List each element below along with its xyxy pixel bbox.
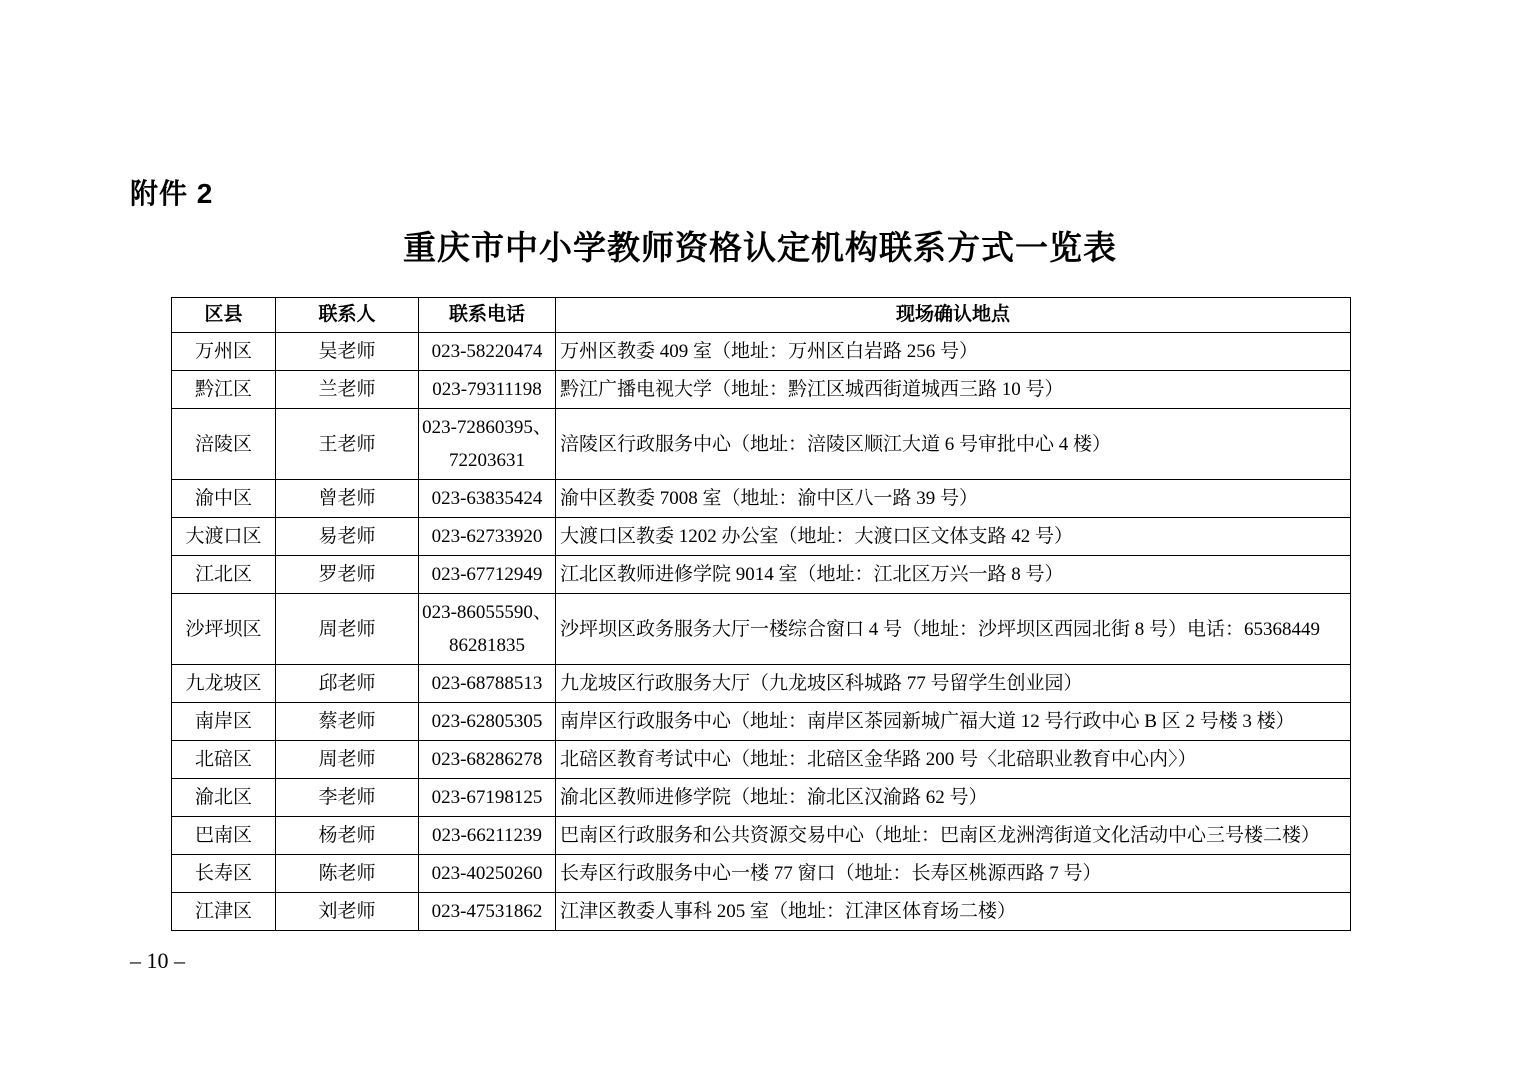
cell-contact: 周老师 (276, 594, 419, 665)
cell-location: 涪陵区行政服务中心（地址：涪陵区顺江大道 6 号审批中心 4 楼） (556, 409, 1351, 480)
cell-phone: 023-79311198 (419, 371, 556, 409)
cell-contact: 罗老师 (276, 556, 419, 594)
cell-contact: 邱老师 (276, 665, 419, 703)
cell-phone: 023-67198125 (419, 779, 556, 817)
table-row: 巴南区 杨老师 023-66211239 巴南区行政服务和公共资源交易中心（地址… (172, 817, 1351, 855)
cell-district: 涪陵区 (172, 409, 276, 480)
document-page: 附件 2 重庆市中小学教师资格认定机构联系方式一览表 区县 联系人 联系电话 现… (0, 0, 1520, 1074)
cell-contact: 蔡老师 (276, 703, 419, 741)
cell-district: 北碚区 (172, 741, 276, 779)
cell-phone: 023-86055590、 86281835 (419, 594, 556, 665)
cell-contact: 李老师 (276, 779, 419, 817)
table-row: 渝北区 李老师 023-67198125 渝北区教师进修学院（地址：渝北区汉渝路… (172, 779, 1351, 817)
cell-location: 江津区教委人事科 205 室（地址：江津区体育场二楼） (556, 893, 1351, 931)
cell-contact: 吴老师 (276, 333, 419, 371)
cell-contact: 王老师 (276, 409, 419, 480)
cell-location: 江北区教师进修学院 9014 室（地址：江北区万兴一路 8 号） (556, 556, 1351, 594)
table-row: 江北区 罗老师 023-67712949 江北区教师进修学院 9014 室（地址… (172, 556, 1351, 594)
cell-district: 长寿区 (172, 855, 276, 893)
cell-location: 巴南区行政服务和公共资源交易中心（地址：巴南区龙洲湾街道文化活动中心三号楼二楼） (556, 817, 1351, 855)
page-number: – 10 – (130, 948, 185, 974)
cell-contact: 杨老师 (276, 817, 419, 855)
cell-location: 北碚区教育考试中心（地址：北碚区金华路 200 号〈北碚职业教育中心内〉） (556, 741, 1351, 779)
table-row: 北碚区 周老师 023-68286278 北碚区教育考试中心（地址：北碚区金华路… (172, 741, 1351, 779)
cell-district: 黔江区 (172, 371, 276, 409)
cell-phone: 023-47531862 (419, 893, 556, 931)
header-phone: 联系电话 (419, 298, 556, 333)
cell-location: 南岸区行政服务中心（地址：南岸区茶园新城广福大道 12 号行政中心 B 区 2 … (556, 703, 1351, 741)
cell-location: 长寿区行政服务中心一楼 77 窗口（地址：长寿区桃源西路 7 号） (556, 855, 1351, 893)
header-district: 区县 (172, 298, 276, 333)
cell-district: 渝中区 (172, 480, 276, 518)
cell-location: 渝北区教师进修学院（地址：渝北区汉渝路 62 号） (556, 779, 1351, 817)
cell-phone: 023-68286278 (419, 741, 556, 779)
cell-district: 万州区 (172, 333, 276, 371)
cell-phone: 023-66211239 (419, 817, 556, 855)
cell-district: 大渡口区 (172, 518, 276, 556)
table-row: 九龙坡区 邱老师 023-68788513 九龙坡区行政服务大厅（九龙坡区科城路… (172, 665, 1351, 703)
cell-contact: 周老师 (276, 741, 419, 779)
cell-phone: 023-62805305 (419, 703, 556, 741)
cell-district: 南岸区 (172, 703, 276, 741)
table-row: 南岸区 蔡老师 023-62805305 南岸区行政服务中心（地址：南岸区茶园新… (172, 703, 1351, 741)
cell-district: 巴南区 (172, 817, 276, 855)
cell-district: 九龙坡区 (172, 665, 276, 703)
cell-location: 万州区教委 409 室（地址：万州区白岩路 256 号） (556, 333, 1351, 371)
header-location: 现场确认地点 (556, 298, 1351, 333)
table-row: 江津区 刘老师 023-47531862 江津区教委人事科 205 室（地址：江… (172, 893, 1351, 931)
cell-location: 渝中区教委 7008 室（地址：渝中区八一路 39 号） (556, 480, 1351, 518)
cell-phone: 023-58220474 (419, 333, 556, 371)
cell-location: 黔江广播电视大学（地址：黔江区城西街道城西三路 10 号） (556, 371, 1351, 409)
cell-phone: 023-62733920 (419, 518, 556, 556)
table-row: 长寿区 陈老师 023-40250260 长寿区行政服务中心一楼 77 窗口（地… (172, 855, 1351, 893)
page-title: 重庆市中小学教师资格认定机构联系方式一览表 (0, 222, 1520, 269)
table-row: 沙坪坝区 周老师 023-86055590、 86281835 沙坪坝区政务服务… (172, 594, 1351, 665)
cell-district: 江津区 (172, 893, 276, 931)
table-row: 黔江区 兰老师 023-79311198 黔江广播电视大学（地址：黔江区城西街道… (172, 371, 1351, 409)
attachment-label: 附件 2 (130, 172, 213, 212)
cell-district: 江北区 (172, 556, 276, 594)
table-header: 区县 联系人 联系电话 现场确认地点 (172, 298, 1351, 333)
cell-contact: 刘老师 (276, 893, 419, 931)
table-row: 渝中区 曾老师 023-63835424 渝中区教委 7008 室（地址：渝中区… (172, 480, 1351, 518)
cell-contact: 兰老师 (276, 371, 419, 409)
cell-location: 沙坪坝区政务服务大厅一楼综合窗口 4 号（地址：沙坪坝区西园北街 8 号）电话：… (556, 594, 1351, 665)
cell-phone: 023-67712949 (419, 556, 556, 594)
cell-phone: 023-40250260 (419, 855, 556, 893)
header-contact: 联系人 (276, 298, 419, 333)
cell-location: 大渡口区教委 1202 办公室（地址：大渡口区文体支路 42 号） (556, 518, 1351, 556)
cell-district: 沙坪坝区 (172, 594, 276, 665)
cell-contact: 陈老师 (276, 855, 419, 893)
cell-location: 九龙坡区行政服务大厅（九龙坡区科城路 77 号留学生创业园） (556, 665, 1351, 703)
cell-contact: 易老师 (276, 518, 419, 556)
table-row: 大渡口区 易老师 023-62733920 大渡口区教委 1202 办公室（地址… (172, 518, 1351, 556)
cell-phone: 023-68788513 (419, 665, 556, 703)
cell-district: 渝北区 (172, 779, 276, 817)
cell-phone: 023-72860395、 72203631 (419, 409, 556, 480)
table-body: 万州区 吴老师 023-58220474 万州区教委 409 室（地址：万州区白… (172, 333, 1351, 931)
cell-contact: 曾老师 (276, 480, 419, 518)
table-row: 万州区 吴老师 023-58220474 万州区教委 409 室（地址：万州区白… (172, 333, 1351, 371)
cell-phone: 023-63835424 (419, 480, 556, 518)
header-row: 区县 联系人 联系电话 现场确认地点 (172, 298, 1351, 333)
contact-table: 区县 联系人 联系电话 现场确认地点 万州区 吴老师 023-58220474 … (171, 297, 1351, 931)
table-row: 涪陵区 王老师 023-72860395、 72203631 涪陵区行政服务中心… (172, 409, 1351, 480)
